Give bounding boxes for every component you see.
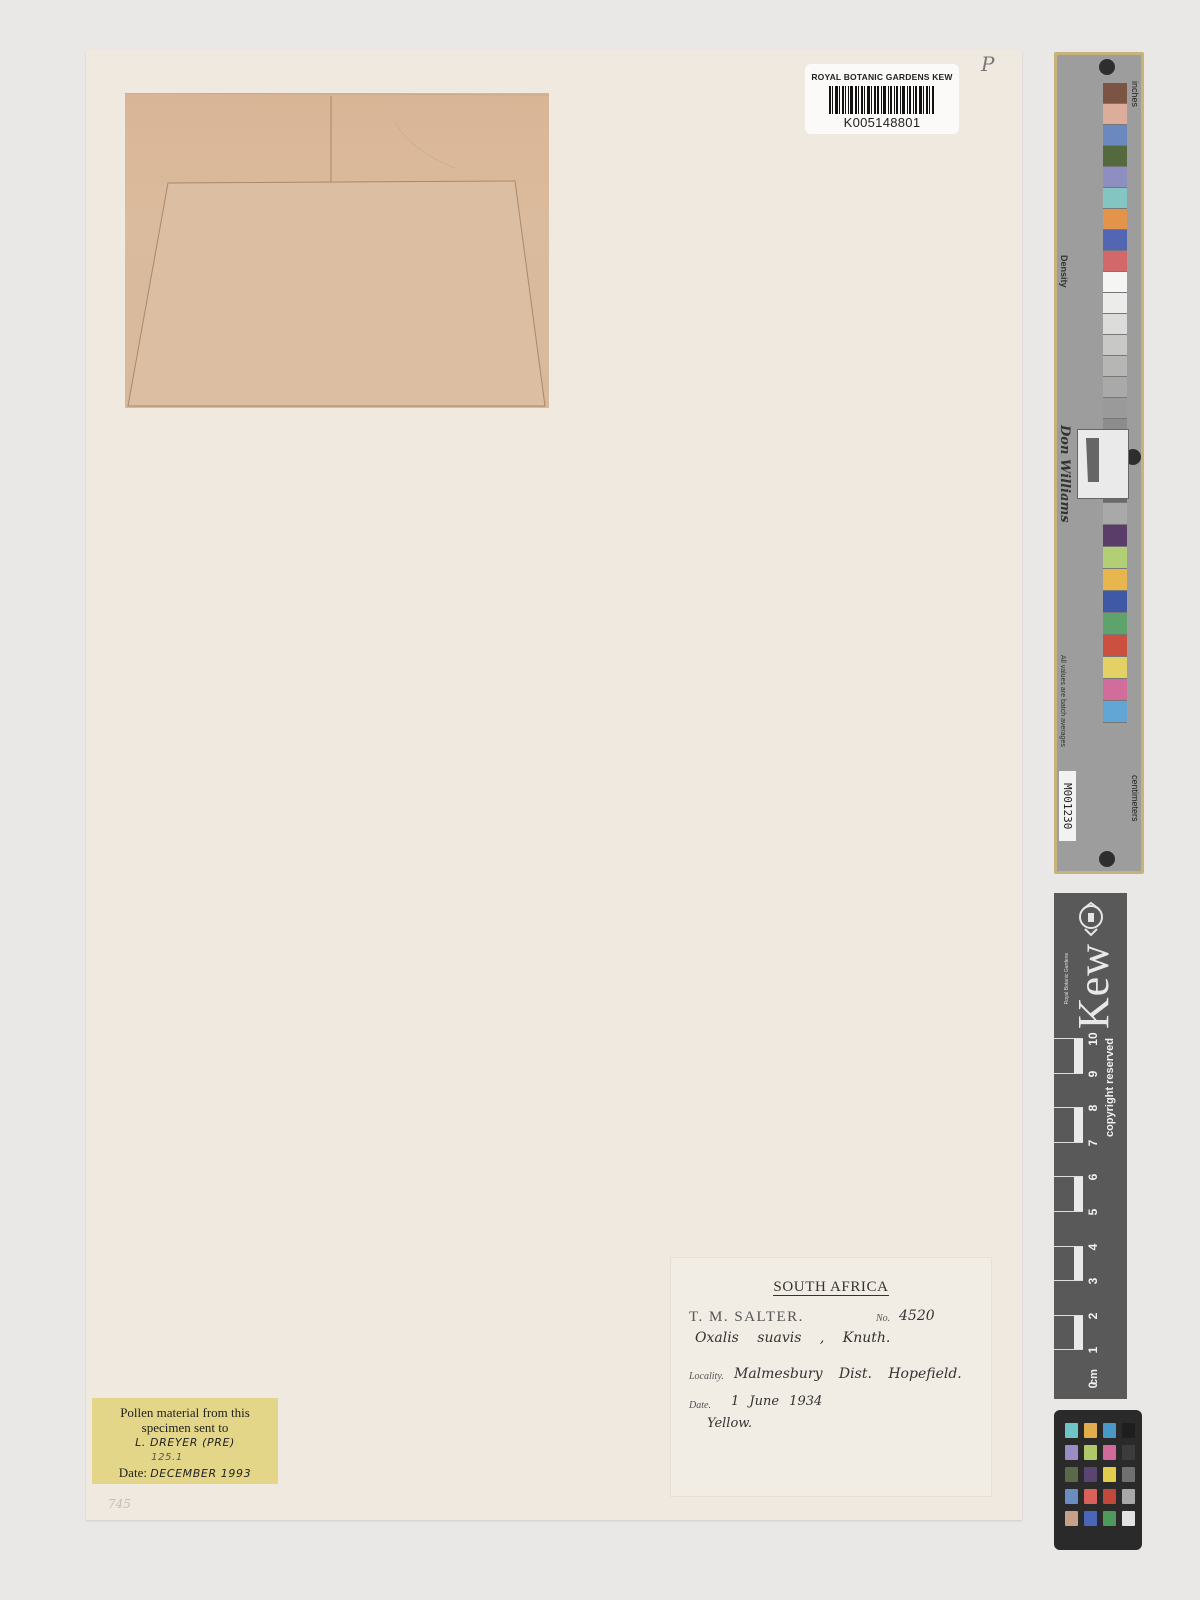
locality-label: Locality. [689,1371,724,1382]
kew-scale-number: 2 [1086,1308,1100,1324]
checker-patch [1084,1489,1097,1504]
checker-patch [1084,1423,1097,1438]
kew-scale-number: 6 [1086,1169,1100,1185]
pollen-label: Pollen material from this specimen sent … [92,1398,278,1484]
kew-subtitle: Royal Botanic Gardens [1064,953,1070,1004]
checker-patch [1122,1445,1135,1460]
barcode-number: K005148801 [805,115,959,130]
color-calibration-ruler: Don Williams Density All values are batc… [1054,52,1144,874]
date-label: Date. [689,1400,711,1411]
ruler-label-centimeters: centimeters [1130,775,1140,822]
kew-tick-segment [1054,1246,1083,1281]
ruler-swatch [1103,167,1127,188]
pollen-ref: 125.1 [56,1450,278,1465]
ruler-swatch [1103,83,1127,104]
pencil-mark-p: P [981,52,994,76]
checker-patch [1103,1423,1116,1438]
ruler-swatch [1103,104,1127,125]
ruler-swatch [1103,293,1127,314]
kew-tick-segment [1054,1349,1083,1384]
collection-number-label: No. [876,1313,890,1324]
kew-scale-bar: Kew Royal Botanic Gardens copyright rese… [1054,893,1127,1399]
ruler-swatch [1103,188,1127,209]
pollen-recipient: L. DREYER (PRE) [92,1435,278,1450]
checker-patch [1103,1511,1116,1526]
pollen-date-label: Date: [119,1465,147,1480]
color-checker-card [1054,1410,1142,1550]
color-checker-patches [1065,1423,1135,1526]
barcode-label: ROYAL BOTANIC GARDENS KEW K005148801 [805,64,959,134]
pollen-date-row: Date: DECEMBER 1993 [92,1465,278,1481]
ruler-swatch [1103,251,1127,272]
kew-logo: Kew [1068,943,1119,1029]
ruler-swatch [1103,356,1127,377]
ruler-hole-bottom [1099,851,1115,867]
notes-value: Yellow. [707,1416,752,1431]
kew-tick-segment [1054,1315,1083,1350]
ruler-swatch [1103,230,1127,251]
kew-tick-segment [1054,1142,1083,1177]
checker-patch [1103,1489,1116,1504]
ruler-swatch [1103,335,1127,356]
collection-label: SOUTH AFRICA T. M. SALTER. No. 4520 Oxal… [670,1257,992,1497]
ruler-note: All values are batch averages [1059,655,1066,747]
ruler-swatch [1103,679,1127,701]
ruler-swatch [1103,503,1127,525]
herbarium-sheet: ROYAL BOTANIC GARDENS KEW K005148801 P P… [86,50,1022,1520]
kew-tick-segment [1054,1038,1083,1073]
ruler-color-swatches [1103,83,1127,723]
date-value: 1 June 1934 [731,1394,822,1409]
ruler-swatch [1103,569,1127,591]
kew-tick-segment [1054,1280,1083,1315]
kew-scale-number: 5 [1086,1204,1100,1220]
taxon-name: Oxalis suavis , Knuth. [695,1330,890,1346]
kew-tick-segment [1054,1211,1083,1246]
pollen-line1: Pollen material from this [92,1405,278,1420]
checker-patch [1103,1467,1116,1482]
locality-value: Malmesbury Dist. Hopefield. [734,1366,962,1382]
checker-patch [1084,1467,1097,1482]
ruler-swatch [1103,657,1127,679]
kew-crest-icon [1074,899,1108,939]
ruler-hole-top [1099,59,1115,75]
institution-name: ROYAL BOTANIC GARDENS KEW [805,72,959,82]
collection-number: 4520 [899,1308,935,1324]
kew-scale-number: 1 [1086,1342,1100,1358]
density-label: Density [1059,255,1069,288]
checker-patch [1122,1489,1135,1504]
kew-copyright: copyright reserved [1104,1038,1116,1137]
ruler-swatch [1103,547,1127,569]
checker-patch [1122,1511,1135,1526]
ruler-swatch [1103,272,1127,293]
checker-patch [1084,1511,1097,1526]
collector-name: T. M. SALTER. [689,1309,804,1326]
ruler-id: M001230 [1059,771,1076,841]
kew-tick-segment [1054,1073,1083,1108]
kew-scale-ticks [1054,1038,1083,1384]
envelope-fold-lines [125,93,549,408]
country-heading: SOUTH AFRICA [671,1279,991,1296]
barcode-bars [805,86,959,114]
checker-patch [1084,1445,1097,1460]
kew-tick-segment [1054,1176,1083,1211]
ruler-swatch [1103,125,1127,146]
checker-patch [1065,1489,1078,1504]
ruler-swatch [1103,209,1127,230]
ruler-swatch [1103,591,1127,613]
kew-scale-number: 9 [1086,1066,1100,1082]
checker-patch [1065,1467,1078,1482]
kew-scale-number: 7 [1086,1135,1100,1151]
kew-scale-number: 4 [1086,1239,1100,1255]
ruler-label-inches: inches [1130,81,1140,107]
kew-scale-number: 10 [1086,1031,1100,1047]
kew-scale-number: 0 [1086,1377,1100,1393]
checker-patch [1065,1511,1078,1526]
kew-scale-number: 8 [1086,1100,1100,1116]
ruler-swatch [1103,613,1127,635]
checker-patch [1122,1467,1135,1482]
checker-patch [1065,1423,1078,1438]
kew-tick-segment [1054,1107,1083,1142]
checker-patch [1103,1445,1116,1460]
ruler-swatch [1103,146,1127,167]
ruler-swatch [1103,377,1127,398]
ruler-swatch [1103,525,1127,547]
ruler-resolution-target [1077,429,1129,499]
ruler-swatch [1103,635,1127,657]
checker-patch [1065,1445,1078,1460]
specimen-envelope [125,93,549,408]
pollen-date: DECEMBER 1993 [150,1467,251,1480]
pollen-line2: specimen sent to [92,1420,278,1435]
checker-patch [1122,1423,1135,1438]
pencil-mark-745: 745 [108,1497,131,1511]
ruler-brand: Don Williams [1057,425,1072,523]
kew-scale-number: 3 [1086,1273,1100,1289]
ruler-swatch [1103,701,1127,723]
ruler-swatch [1103,314,1127,335]
ruler-swatch [1103,398,1127,419]
